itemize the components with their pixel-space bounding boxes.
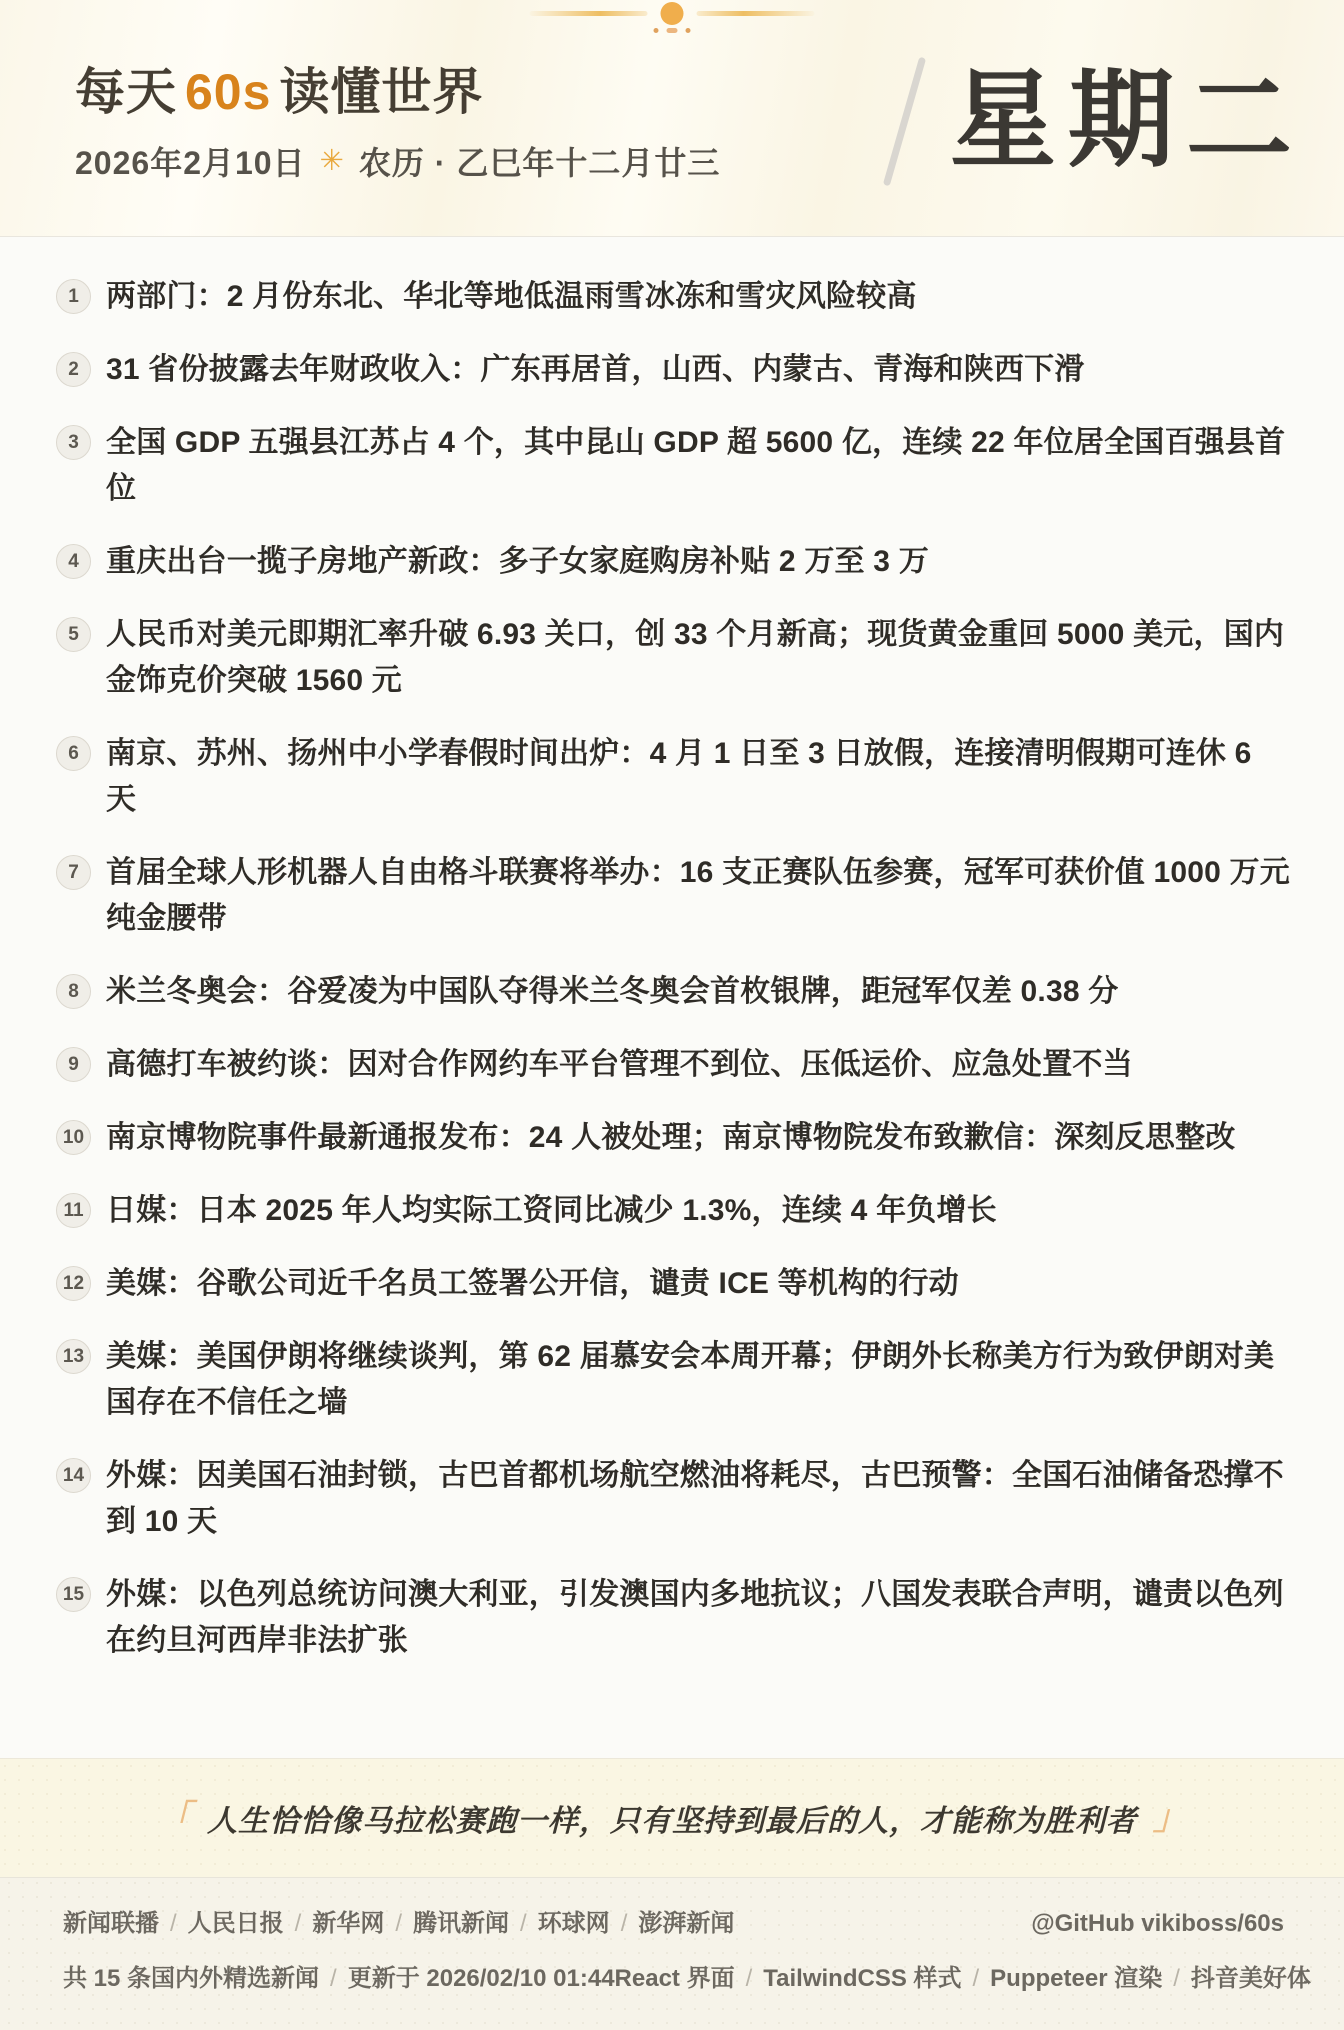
tech-label: 抖音美好体 <box>1191 1965 1311 1992</box>
item-number-badge: 1 <box>56 279 91 314</box>
item-number-badge: 15 <box>56 1577 91 1612</box>
title-highlight-60s: 60s <box>177 64 279 120</box>
source-name: 人民日报 <box>188 1910 284 1937</box>
item-number-badge: 5 <box>56 617 91 652</box>
separator: / <box>746 1965 753 1992</box>
footer: 新闻联播/ 人民日报/ 新华网/ 腾讯新闻/ 环球网/ 澎湃新闻/ @GitHu… <box>0 1877 1344 2030</box>
item-text: 两部门：2 月份东北、华北等地低温雨雪冰冻和雪灾风险较高 <box>106 274 917 320</box>
header-left: 每天60s读懂世界 2026年2月10日 ✳︎ 农历 · 乙巳年十二月廿三 <box>75 53 720 184</box>
news-item: 14 外媒：因美国石油封锁，古巴首都机场航空燃油将耗尽，古巴预警：全国石油储备恐… <box>56 1453 1290 1545</box>
news-item: 11 日媒：日本 2025 年人均实际工资同比减少 1.3%，连续 4 年负增长 <box>56 1188 1290 1234</box>
footer-meta: 共 15 条国内外精选新闻/ 更新于 2026/02/10 01:44/ <box>63 1965 615 1994</box>
separator: / <box>330 1965 337 1992</box>
news-item: 7 首届全球人形机器人自由格斗联赛将举办：16 支正赛队伍参赛，冠军可获价值 1… <box>56 850 1290 942</box>
item-number-badge: 13 <box>56 1339 91 1374</box>
news-item: 9 高德打车被约谈：因对合作网约车平台管理不到位、压低运价、应急处置不当 <box>56 1042 1290 1088</box>
separator: / <box>520 1910 527 1937</box>
news-item: 3 全国 GDP 五强县江苏占 4 个，其中昆山 GDP 超 5600 亿，连续… <box>56 420 1290 512</box>
item-text: 外媒：因美国石油封锁，古巴首都机场航空燃油将耗尽，古巴预警：全国石油储备恐撑不到… <box>106 1453 1290 1545</box>
item-text: 外媒：以色列总统访问澳大利亚，引发澳国内多地抗议；八国发表联合声明，谴责以色列在… <box>106 1572 1290 1664</box>
dot-icon <box>686 28 691 33</box>
tech-label: TailwindCSS 样式 <box>763 1965 961 1992</box>
source-name: 环球网 <box>538 1910 610 1937</box>
source-item: 新闻联播/ <box>63 1910 188 1939</box>
ornament-line-left <box>530 11 648 16</box>
separator: / <box>973 1965 980 1992</box>
asterisk-icon: ✳︎ <box>320 143 345 178</box>
news-item: 10 南京博物院事件最新通报发布：24 人被处理；南京博物院发布致歉信：深刻反思… <box>56 1115 1290 1161</box>
meta-label: 更新于 2026/02/10 01:44 <box>348 1965 615 1992</box>
source-item: 环球网/ <box>538 1910 639 1939</box>
item-number-badge: 14 <box>56 1458 91 1493</box>
quote-section: 「 人生恰恰像马拉松赛跑一样，只有坚持到最后的人，才能称为胜利者 」 <box>0 1758 1344 1877</box>
weekday-label: 星期二 <box>950 68 1304 174</box>
tech-label: Puppeteer 渲染 <box>990 1965 1162 1992</box>
item-text: 米兰冬奥会：谷爱凌为中国队夺得米兰冬奥会首枚银牌，距冠军仅差 0.38 分 <box>106 969 1118 1015</box>
news-sources: 新闻联播/ 人民日报/ 新华网/ 腾讯新闻/ 环球网/ 澎湃新闻/ <box>63 1910 734 1939</box>
tech-item: React 界面/ <box>615 1965 764 1994</box>
quote-text: 人生恰恰像马拉松赛跑一样，只有坚持到最后的人，才能称为胜利者 <box>207 1796 1137 1840</box>
quote-close-bracket: 」 <box>1153 1801 1187 1835</box>
item-number-badge: 3 <box>56 425 91 460</box>
gregorian-date: 2026年2月10日 <box>75 138 306 184</box>
date-line: 2026年2月10日 ✳︎ 农历 · 乙巳年十二月廿三 <box>75 138 720 184</box>
item-number-badge: 10 <box>56 1120 91 1155</box>
item-text: 南京、苏州、扬州中小学春假时间出炉：4 月 1 日至 3 日放假，连接清明假期可… <box>106 731 1290 823</box>
news-item: 6 南京、苏州、扬州中小学春假时间出炉：4 月 1 日至 3 日放假，连接清明假… <box>56 731 1290 823</box>
source-name: 新闻联播 <box>63 1910 159 1937</box>
item-number-badge: 12 <box>56 1266 91 1301</box>
tech-item: Puppeteer 渲染/ <box>990 1965 1191 1994</box>
news-item: 13 美媒：美国伊朗将继续谈判，第 62 届慕安会本周开幕；伊朗外长称美方行为致… <box>56 1334 1290 1426</box>
slash-divider <box>883 56 926 186</box>
tech-label: React 界面 <box>615 1965 735 1992</box>
news-section: 1 两部门：2 月份东北、华北等地低温雨雪冰冻和雪灾风险较高 2 31 省份披露… <box>0 237 1344 1758</box>
tech-item: 抖音美好体/ <box>1191 1965 1311 1994</box>
item-number-badge: 7 <box>56 855 91 890</box>
item-text: 31 省份披露去年财政收入：广东再居首，山西、内蒙古、青海和陕西下滑 <box>106 347 1085 393</box>
item-text: 高德打车被约谈：因对合作网约车平台管理不到位、压低运价、应急处置不当 <box>106 1042 1133 1088</box>
lunar-date: 农历 · 乙巳年十二月廿三 <box>359 138 720 184</box>
github-credit: @GitHub vikiboss/60s <box>1031 1910 1284 1939</box>
news-item: 2 31 省份披露去年财政收入：广东再居首，山西、内蒙古、青海和陕西下滑 <box>56 347 1290 393</box>
page-title: 每天60s读懂世界 <box>75 65 720 120</box>
source-item: 新华网/ <box>312 1910 413 1939</box>
tech-item: TailwindCSS 样式/ <box>763 1965 990 1994</box>
news-item: 4 重庆出台一揽子房地产新政：多子女家庭购房补贴 2 万至 3 万 <box>56 539 1290 585</box>
source-item: 腾讯新闻/ <box>413 1910 538 1939</box>
source-item: 澎湃新闻/ <box>638 1910 734 1939</box>
header: 每天60s读懂世界 2026年2月10日 ✳︎ 农历 · 乙巳年十二月廿三 星期… <box>0 0 1344 237</box>
ornament-circle-icon <box>661 2 684 25</box>
news-item: 5 人民币对美元即期汇率升破 6.93 关口，创 33 个月新高；现货黄金重回 … <box>56 612 1290 704</box>
dot-icon <box>654 28 659 33</box>
footer-tech: React 界面/ TailwindCSS 样式/ Puppeteer 渲染/ … <box>615 1965 1311 1994</box>
separator: / <box>170 1910 177 1937</box>
news-item: 15 外媒：以色列总统访问澳大利亚，引发澳国内多地抗议；八国发表联合声明，谴责以… <box>56 1572 1290 1664</box>
item-number-badge: 4 <box>56 544 91 579</box>
header-right: 星期二 <box>901 49 1304 188</box>
ornament-dots <box>654 28 691 33</box>
news-digest-card: 每天60s读懂世界 2026年2月10日 ✳︎ 农历 · 乙巳年十二月廿三 星期… <box>0 0 1344 2030</box>
item-text: 日媒：日本 2025 年人均实际工资同比减少 1.3%，连续 4 年负增长 <box>106 1188 997 1234</box>
title-suffix: 读懂世界 <box>279 64 483 120</box>
item-text: 全国 GDP 五强县江苏占 4 个，其中昆山 GDP 超 5600 亿，连续 2… <box>106 420 1290 512</box>
news-item: 8 米兰冬奥会：谷爱凌为中国队夺得米兰冬奥会首枚银牌，距冠军仅差 0.38 分 <box>56 969 1290 1015</box>
title-prefix: 每天 <box>75 64 177 120</box>
item-text: 南京博物院事件最新通报发布：24 人被处理；南京博物院发布致歉信：深刻反思整改 <box>106 1115 1236 1161</box>
source-name: 澎湃新闻 <box>638 1910 734 1937</box>
news-items: 1 两部门：2 月份东北、华北等地低温雨雪冰冻和雪灾风险较高 2 31 省份披露… <box>56 274 1290 1664</box>
item-number-badge: 2 <box>56 352 91 387</box>
meta-item: 共 15 条国内外精选新闻/ <box>63 1965 348 1994</box>
item-number-badge: 9 <box>56 1047 91 1082</box>
header-ornament <box>530 2 815 25</box>
item-text: 首届全球人形机器人自由格斗联赛将举办：16 支正赛队伍参赛，冠军可获价值 100… <box>106 850 1290 942</box>
separator: / <box>621 1910 628 1937</box>
item-number-badge: 11 <box>56 1193 91 1228</box>
meta-item: 更新于 2026/02/10 01:44/ <box>348 1965 615 1994</box>
item-number-badge: 6 <box>56 736 91 771</box>
source-name: 腾讯新闻 <box>413 1910 509 1937</box>
item-text: 重庆出台一揽子房地产新政：多子女家庭购房补贴 2 万至 3 万 <box>106 539 929 585</box>
news-item: 12 美媒：谷歌公司近千名员工签署公开信，谴责 ICE 等机构的行动 <box>56 1261 1290 1307</box>
separator: / <box>395 1910 402 1937</box>
footer-row-2: 共 15 条国内外精选新闻/ 更新于 2026/02/10 01:44/ Rea… <box>63 1965 1284 1994</box>
news-item: 1 两部门：2 月份东北、华北等地低温雨雪冰冻和雪灾风险较高 <box>56 274 1290 320</box>
quote-open-bracket: 「 <box>157 1801 191 1835</box>
separator: / <box>1173 1965 1180 1992</box>
footer-row-1: 新闻联播/ 人民日报/ 新华网/ 腾讯新闻/ 环球网/ 澎湃新闻/ @GitHu… <box>63 1910 1284 1939</box>
source-name: 新华网 <box>312 1910 384 1937</box>
item-text: 美媒：谷歌公司近千名员工签署公开信，谴责 ICE 等机构的行动 <box>106 1261 959 1307</box>
item-number-badge: 8 <box>56 974 91 1009</box>
meta-label: 共 15 条国内外精选新闻 <box>63 1965 319 1992</box>
item-text: 美媒：美国伊朗将继续谈判，第 62 届慕安会本周开幕；伊朗外长称美方行为致伊朗对… <box>106 1334 1290 1426</box>
source-item: 人民日报/ <box>188 1910 313 1939</box>
separator: / <box>295 1910 302 1937</box>
dot-icon <box>667 28 678 33</box>
item-text: 人民币对美元即期汇率升破 6.93 关口，创 33 个月新高；现货黄金重回 50… <box>106 612 1290 704</box>
ornament-line-right <box>697 11 815 16</box>
